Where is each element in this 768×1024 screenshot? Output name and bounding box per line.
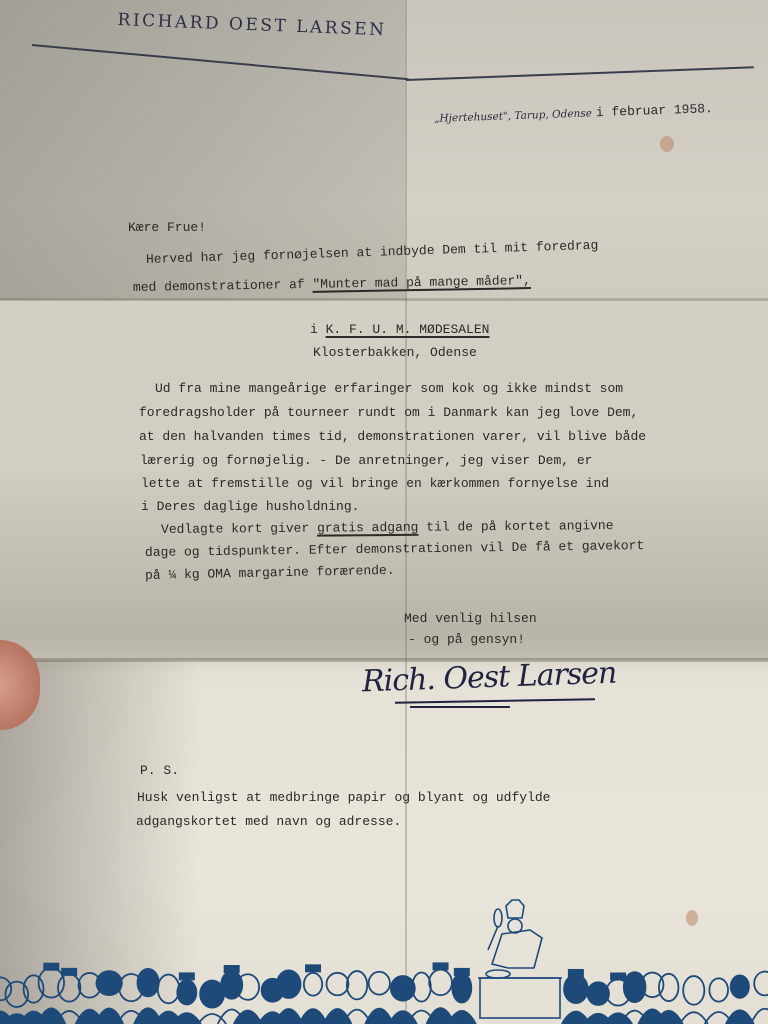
venue-address: Klosterbakken, Odense (313, 345, 477, 360)
signature-underline (410, 706, 510, 708)
salutation: Kære Frue! (128, 220, 206, 235)
letterhead-rule (406, 66, 754, 80)
closing-line: Med venlig hilsen (404, 611, 537, 626)
dateline-place: „Hjertehuset", Tarup, Odense (434, 107, 592, 125)
dateline: „Hjertehuset", Tarup, Odense i februar 1… (434, 99, 713, 127)
free-admission-text: gratis adgang (317, 520, 419, 536)
postscript-label: P. S. (140, 763, 179, 778)
venue-name: K. F. U. M. MØDESALEN (326, 322, 490, 337)
body-line: at den halvanden times tid, demonstratio… (139, 429, 646, 444)
paper-fold-horizontal (0, 658, 768, 662)
paper-fold-vertical (405, 0, 407, 1024)
chef-crowd-illustration (0, 890, 768, 1024)
paper-fold-horizontal (0, 298, 768, 301)
chef-icon (478, 900, 562, 1018)
body-line: i Deres daglige husholdning. (141, 499, 359, 514)
signature: Rich. Oest Larsen (361, 656, 616, 700)
venue-prefix: i (310, 322, 318, 337)
ticket-text: Vedlagte kort giver (161, 521, 309, 537)
ticket-text: til de på kortet angivne (426, 518, 613, 535)
paper-stain (660, 136, 674, 152)
body-line: Ud fra mine mangeårige erfaringer som ko… (155, 381, 623, 396)
dateline-date: i februar 1958. (596, 101, 713, 120)
postscript-line: Husk venligst at medbringe papir og blya… (137, 790, 550, 805)
letter-page: RICHARD OEST LARSEN „Hjertehuset", Tarup… (0, 0, 768, 1024)
event-title: "Munter mad på mange måder", (312, 273, 531, 292)
intro-text: med demonstrationer af (133, 277, 305, 295)
body-line: lette at fremstille og vil bringe en kær… (141, 476, 609, 491)
body-line: lærerig og fornøjelig. - De anretninger,… (140, 453, 592, 468)
closing-line: - og på gensyn! (408, 632, 525, 647)
signature-underline (395, 698, 595, 703)
venue-line: i K. F. U. M. MØDESALEN (310, 322, 489, 337)
crowd-icon (0, 962, 768, 1024)
postscript-line: adgangskortet med navn og adresse. (136, 814, 401, 829)
body-line: foredragsholder på tourneer rundt om i D… (139, 405, 638, 420)
